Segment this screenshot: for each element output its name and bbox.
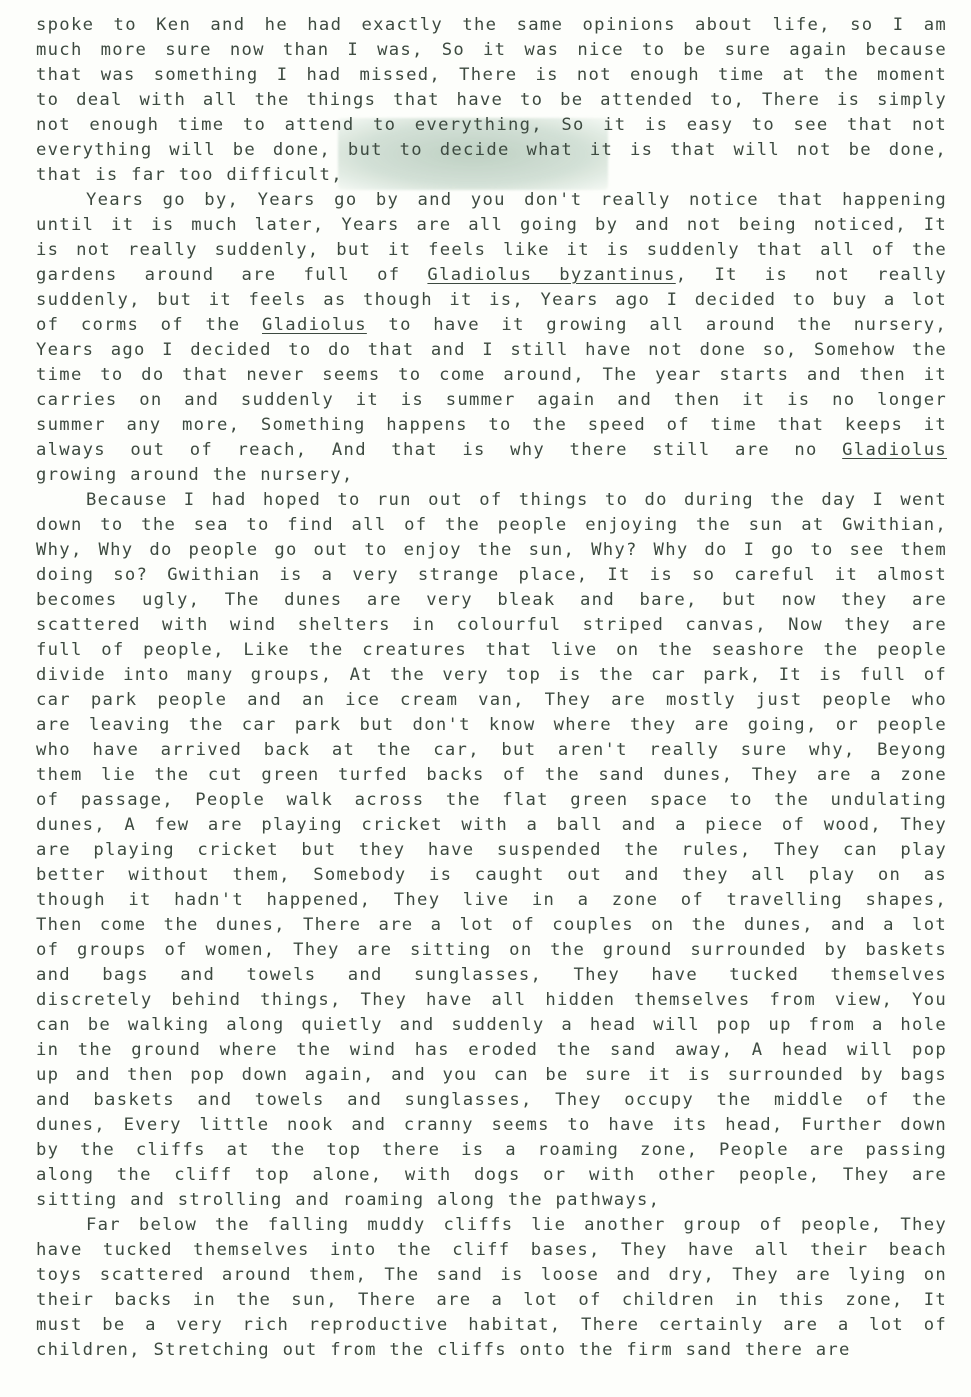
text-line: children, Stretching out from the cliffs… [36, 1338, 947, 1363]
text-line: can be walking along quietly and suddenl… [36, 1013, 947, 1038]
text-line: suddenly, but it feels as though it is, … [36, 288, 947, 313]
text-line: up and then pop down again, and you can … [36, 1063, 947, 1088]
text-line: that is far too difficult, [36, 163, 947, 188]
text-line: Years go by, Years go by and you don't r… [36, 188, 947, 213]
text-line: everything will be done, but to decide w… [36, 138, 947, 163]
text-line: gardens around are full of Gladiolus byz… [36, 263, 947, 288]
text-segment: always out of reach, And that is why the… [36, 440, 842, 460]
text-line: growing around the nursery, [36, 463, 947, 488]
text-line: until it is much later, Years are all go… [36, 213, 947, 238]
text-line: dunes, A few are playing cricket with a … [36, 813, 947, 838]
text-segment: gardens around are full of [36, 265, 427, 285]
document-body-text: spoke to Ken and he had exactly the same… [36, 13, 947, 1363]
text-line: that was something I had missed, There i… [36, 63, 947, 88]
text-line: down to the sea to find all of the peopl… [36, 513, 947, 538]
text-line: of passage, People walk across the flat … [36, 788, 947, 813]
text-line: is not really suddenly, but it feels lik… [36, 238, 947, 263]
text-line: full of people, Like the creatures that … [36, 638, 947, 663]
text-line: are playing cricket but they have suspen… [36, 838, 947, 863]
text-line: summer any more, Something happens to th… [36, 413, 947, 438]
text-line: Because I had hoped to run out of things… [36, 488, 947, 513]
text-segment: of corms of the [36, 315, 262, 335]
text-line: and baskets and towels and sunglasses, T… [36, 1088, 947, 1113]
document-page: spoke to Ken and he had exactly the same… [0, 0, 971, 1397]
underlined-species-name: Gladiolus [262, 315, 367, 335]
text-line: spoke to Ken and he had exactly the same… [36, 13, 947, 38]
text-line: discretely behind things, They have all … [36, 988, 947, 1013]
text-line: have tucked themselves into the cliff ba… [36, 1238, 947, 1263]
underlined-species-name: Gladiolus byzantinus [427, 265, 675, 285]
text-line: doing so? Gwithian is a very strange pla… [36, 563, 947, 588]
text-line: in the ground where the wind has eroded … [36, 1038, 947, 1063]
text-line: Years ago I decided to do that and I sti… [36, 338, 947, 363]
text-line: Why, Why do people go out to enjoy the s… [36, 538, 947, 563]
text-line: scattered with wind shelters in colourfu… [36, 613, 947, 638]
text-line: though it hadn't happened, They live in … [36, 888, 947, 913]
text-line: toys scattered around them, The sand is … [36, 1263, 947, 1288]
text-line: to deal with all the things that have to… [36, 88, 947, 113]
text-line: Far below the falling muddy cliffs lie a… [36, 1213, 947, 1238]
text-line: always out of reach, And that is why the… [36, 438, 947, 463]
underlined-species-name: Gladiolus [842, 440, 947, 460]
text-line: and bags and towels and sunglasses, They… [36, 963, 947, 988]
text-line: by the cliffs at the top there is a roam… [36, 1138, 947, 1163]
text-line: are leaving the car park but don't know … [36, 713, 947, 738]
text-line: of groups of women, They are sitting on … [36, 938, 947, 963]
text-line: of corms of the Gladiolus to have it gro… [36, 313, 947, 338]
text-line: becomes ugly, The dunes are very bleak a… [36, 588, 947, 613]
text-segment: , It is not really [676, 265, 947, 285]
text-line: carries on and suddenly it is summer aga… [36, 388, 947, 413]
text-line: time to do that never seems to come arou… [36, 363, 947, 388]
text-line: dunes, Every little nook and cranny seem… [36, 1113, 947, 1138]
text-line: their backs in the sun, There are a lot … [36, 1288, 947, 1313]
text-line: sitting and strolling and roaming along … [36, 1188, 947, 1213]
text-line: much more sure now than I was, So it was… [36, 38, 947, 63]
text-line: them lie the cut green turfed backs of t… [36, 763, 947, 788]
text-segment: to have it growing all around the nurser… [367, 315, 947, 335]
text-line: not enough time to attend to everything,… [36, 113, 947, 138]
text-line: Then come the dunes, There are a lot of … [36, 913, 947, 938]
text-line: car park people and an ice cream van, Th… [36, 688, 947, 713]
text-line: who have arrived back at the car, but ar… [36, 738, 947, 763]
text-line: divide into many groups, At the very top… [36, 663, 947, 688]
text-line: better without them, Somebody is caught … [36, 863, 947, 888]
text-line: must be a very rich reproductive habitat… [36, 1313, 947, 1338]
text-line: along the cliff top alone, with dogs or … [36, 1163, 947, 1188]
